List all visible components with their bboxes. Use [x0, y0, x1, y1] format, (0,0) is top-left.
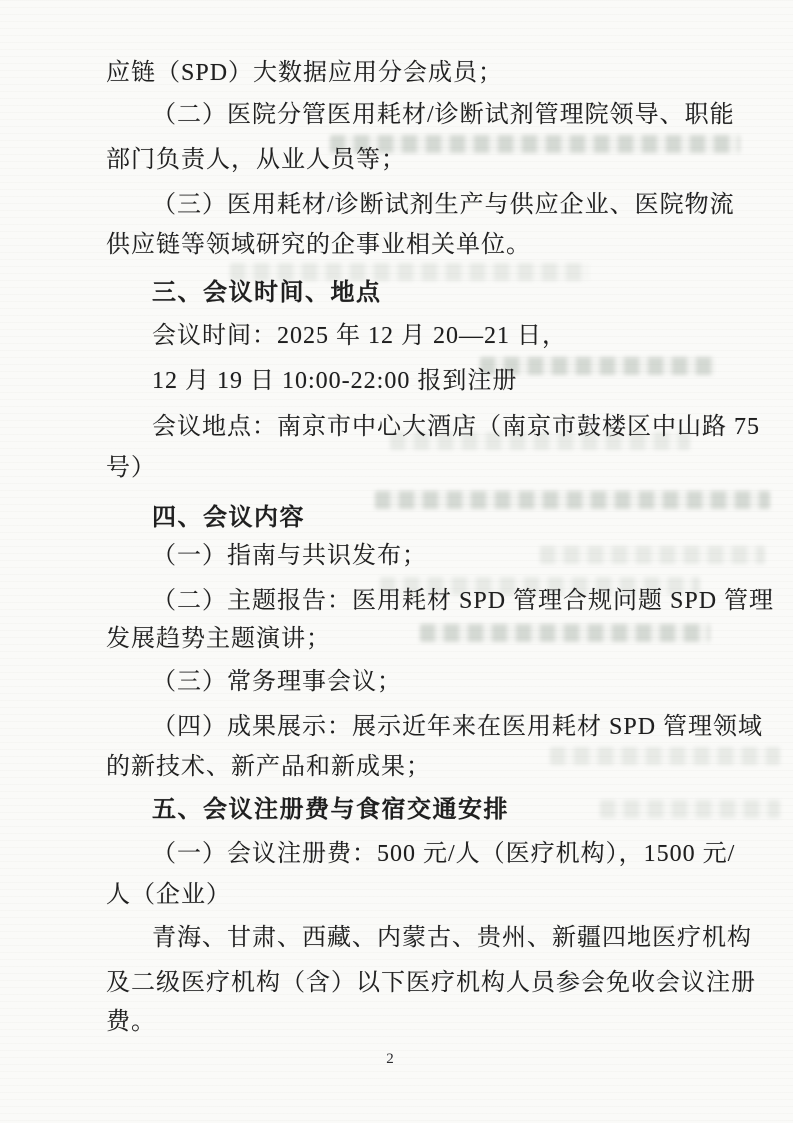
text-line: 会议时间：2025 年 12 月 20—21 日， [152, 320, 567, 352]
bleedthrough-artifact [540, 546, 765, 564]
text-line: 供应链等领域研究的企事业相关单位。 [106, 229, 531, 261]
text-line: 号） [106, 452, 156, 484]
section-heading: 五、会议注册费与食宿交通安排 [152, 794, 509, 826]
text-line: 的新技术、新产品和新成果； [106, 751, 431, 783]
text-line: 费。 [106, 1006, 156, 1038]
text-line: 人（企业） [106, 879, 231, 911]
text-line: 12 月 19 日 10:00-22:00 报到注册 [152, 365, 517, 397]
bleedthrough-artifact [550, 747, 780, 765]
section-heading: 三、会议时间、地点 [152, 277, 382, 309]
bleedthrough-artifact [375, 491, 770, 509]
bleedthrough-artifact [600, 800, 780, 818]
text-line: 会议地点：南京市中心大酒店（南京市鼓楼区中山路 75 [152, 411, 760, 443]
text-line: 青海、甘肃、西藏、内蒙古、贵州、新疆四地医疗机构 [152, 922, 752, 954]
text-line: （一）指南与共识发布； [152, 540, 427, 572]
text-line: 及二级医疗机构（含）以下医疗机构人员参会免收会议注册 [106, 967, 756, 999]
text-line: （二）医院分管医用耗材/诊断试剂管理院领导、职能 [152, 99, 735, 131]
section-heading: 四、会议内容 [152, 502, 305, 534]
bleedthrough-artifact [420, 624, 710, 642]
document-page: 应链（SPD）大数据应用分会成员； （二）医院分管医用耗材/诊断试剂管理院领导、… [0, 0, 793, 1123]
text-line: 发展趋势主题演讲； [106, 623, 331, 655]
text-line: （一）会议注册费：500 元/人（医疗机构），1500 元/ [152, 838, 735, 870]
text-line: （四）成果展示：展示近年来在医用耗材 SPD 管理领域 [152, 711, 763, 743]
text-line: （三）医用耗材/诊断试剂生产与供应企业、医院物流 [152, 189, 735, 221]
text-line: 应链（SPD）大数据应用分会成员； [106, 57, 503, 89]
text-line: 部门负责人，从业人员等； [106, 144, 406, 176]
text-line: （三）常务理事会议； [152, 666, 402, 698]
text-line: （二）主题报告：医用耗材 SPD 管理合规问题 SPD 管理 [152, 585, 774, 617]
page-number: 2 [0, 1051, 780, 1068]
